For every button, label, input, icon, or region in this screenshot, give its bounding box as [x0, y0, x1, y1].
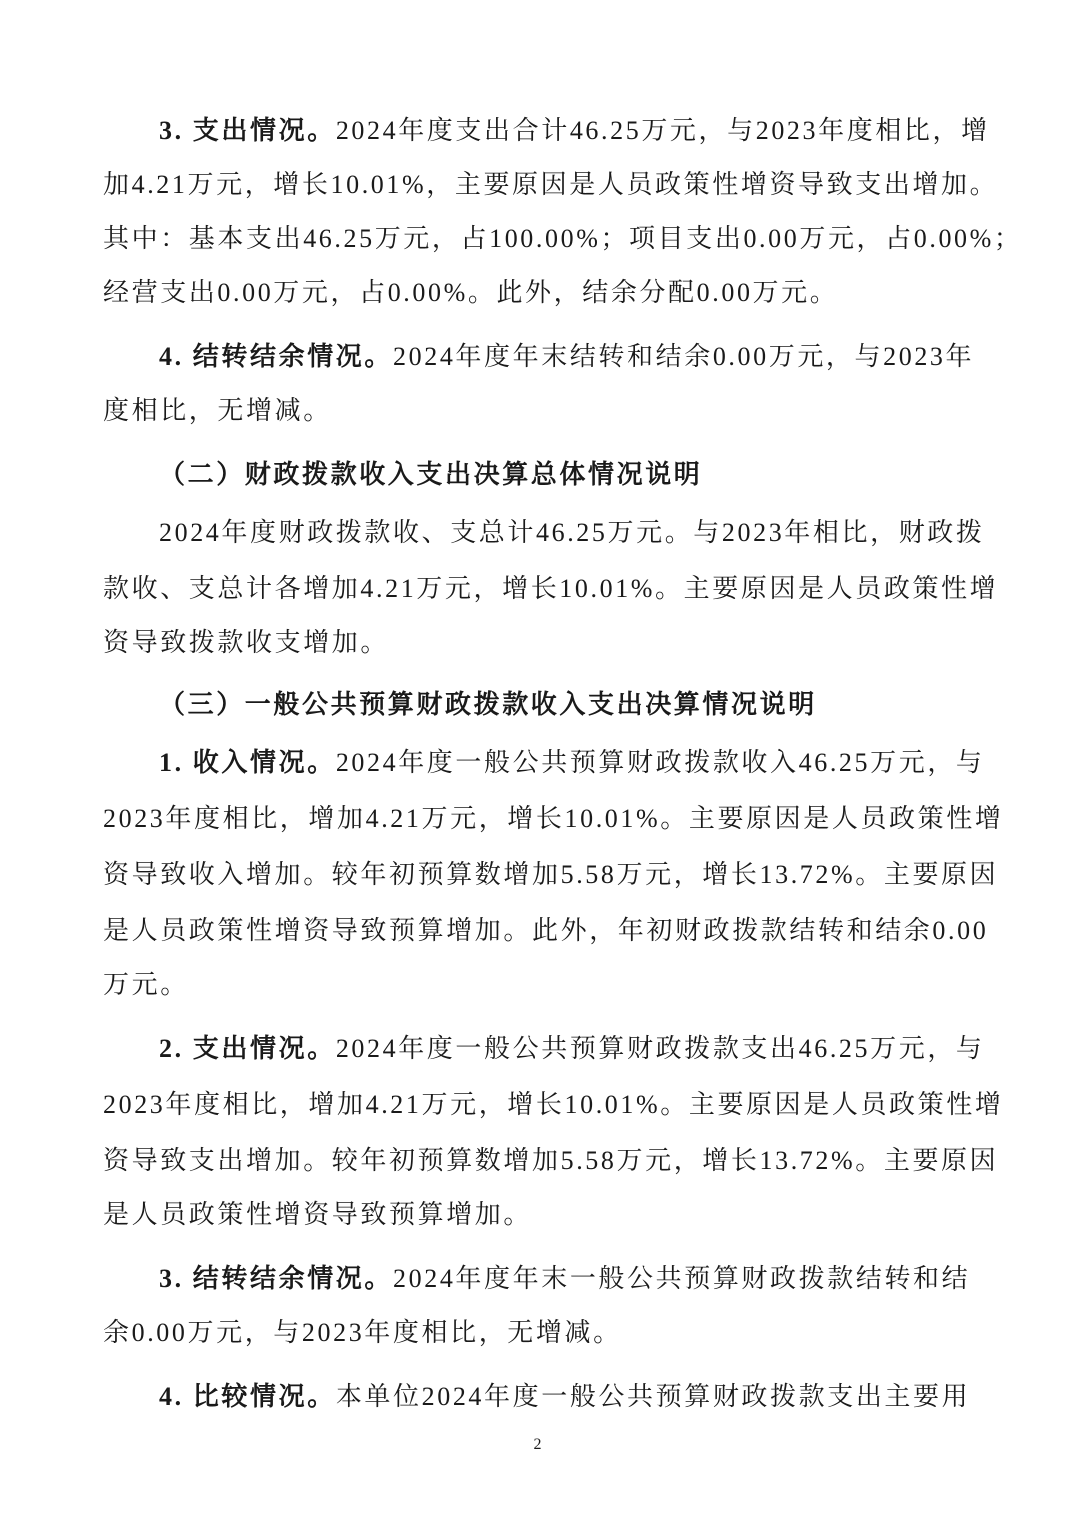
item-text: 2023年度相比，增加4.21万元，增长10.01%。主要原因是人员政策性增: [103, 804, 1003, 833]
section-title: （三）一般公共预算财政拨款收入支出决算情况说明: [159, 690, 817, 719]
item-heading: 3. 支出情况。: [159, 116, 336, 145]
item-text: 是人员政策性增资导致预算增加。此外，年初财政拨款结转和结余0.00: [103, 916, 988, 945]
item-text: 加4.21万元，增长10.01%，主要原因是人员政策性增资导致支出增加。: [103, 170, 998, 199]
item-text: 资导致拨款收支增加。: [103, 628, 389, 657]
text-line: 资导致拨款收支增加。: [103, 616, 389, 670]
item-text: 度相比，无增减。: [103, 396, 332, 425]
item-heading: 4. 结转结余情况。: [159, 342, 393, 371]
text-line: 3. 结转结余情况。2024年度年末一般公共预算财政拨款结转和结: [159, 1252, 970, 1306]
text-line: 是人员政策性增资导致预算增加。: [103, 1188, 532, 1242]
item-text: 款收、支总计各增加4.21万元，增长10.01%。主要原因是人员政策性增: [103, 574, 998, 603]
text-line: 万元。: [103, 958, 189, 1012]
text-line: 4. 结转结余情况。2024年度年末结转和结余0.00万元，与2023年: [159, 330, 974, 384]
item-heading: 2. 支出情况。: [159, 1034, 336, 1063]
item-text: 本单位2024年度一般公共预算财政拨款支出主要用: [336, 1382, 970, 1411]
section-title: （二）财政拨款收入支出决算总体情况说明: [159, 460, 702, 489]
text-line: 款收、支总计各增加4.21万元，增长10.01%。主要原因是人员政策性增: [103, 562, 998, 616]
section-heading: （三）一般公共预算财政拨款收入支出决算情况说明: [159, 678, 817, 732]
text-line: 其中：基本支出46.25万元，占100.00%；项目支出0.00万元，占0.00…: [103, 212, 1023, 266]
item-text: 资导致收入增加。较年初预算数增加5.58万元，增长13.72%。主要原因: [103, 860, 998, 889]
item-text: 2024年度一般公共预算财政拨款支出46.25万元，与: [336, 1034, 985, 1063]
text-line: 资导致支出增加。较年初预算数增加5.58万元，增长13.72%。主要原因: [103, 1134, 998, 1188]
page-number: 2: [0, 1436, 1075, 1454]
item-text: 2024年度财政拨款收、支总计46.25万元。与2023年相比，财政拨: [159, 518, 985, 547]
text-line: 2. 支出情况。2024年度一般公共预算财政拨款支出46.25万元，与: [159, 1022, 985, 1076]
section-heading: （二）财政拨款收入支出决算总体情况说明: [159, 448, 702, 502]
text-line: 2023年度相比，增加4.21万元，增长10.01%。主要原因是人员政策性增: [103, 792, 1003, 846]
text-line: 度相比，无增减。: [103, 384, 332, 438]
text-line: 3. 支出情况。2024年度支出合计46.25万元，与2023年度相比，增: [159, 104, 990, 158]
text-line: 经营支出0.00万元，占0.00%。此外，结余分配0.00万元。: [103, 266, 838, 320]
text-line: 加4.21万元，增长10.01%，主要原因是人员政策性增资导致支出增加。: [103, 158, 998, 212]
item-text: 2024年度年末一般公共预算财政拨款结转和结: [393, 1264, 970, 1293]
item-text: 余0.00万元，与2023年度相比，无增减。: [103, 1318, 622, 1347]
text-line: 1. 收入情况。2024年度一般公共预算财政拨款收入46.25万元，与: [159, 736, 985, 790]
item-text: 2024年度支出合计46.25万元，与2023年度相比，增: [336, 116, 990, 145]
item-text: 万元。: [103, 970, 189, 999]
item-text: 是人员政策性增资导致预算增加。: [103, 1200, 532, 1229]
item-text: 2024年度一般公共预算财政拨款收入46.25万元，与: [336, 748, 985, 777]
text-line: 2024年度财政拨款收、支总计46.25万元。与2023年相比，财政拨: [159, 506, 985, 560]
text-line: 2023年度相比，增加4.21万元，增长10.01%。主要原因是人员政策性增: [103, 1078, 1003, 1132]
text-line: 余0.00万元，与2023年度相比，无增减。: [103, 1306, 622, 1360]
text-line: 资导致收入增加。较年初预算数增加5.58万元，增长13.72%。主要原因: [103, 848, 998, 902]
text-line: 是人员政策性增资导致预算增加。此外，年初财政拨款结转和结余0.00: [103, 904, 988, 958]
item-heading: 4. 比较情况。: [159, 1382, 336, 1411]
item-text: 2023年度相比，增加4.21万元，增长10.01%。主要原因是人员政策性增: [103, 1090, 1003, 1119]
item-text: 其中：基本支出46.25万元，占100.00%；项目支出0.00万元，占0.00…: [103, 224, 1023, 253]
item-text: 资导致支出增加。较年初预算数增加5.58万元，增长13.72%。主要原因: [103, 1146, 998, 1175]
text-line: 4. 比较情况。本单位2024年度一般公共预算财政拨款支出主要用: [159, 1370, 970, 1424]
item-text: 2024年度年末结转和结余0.00万元，与2023年: [393, 342, 974, 371]
item-heading: 3. 结转结余情况。: [159, 1264, 393, 1293]
item-heading: 1. 收入情况。: [159, 748, 336, 777]
item-text: 经营支出0.00万元，占0.00%。此外，结余分配0.00万元。: [103, 278, 838, 307]
